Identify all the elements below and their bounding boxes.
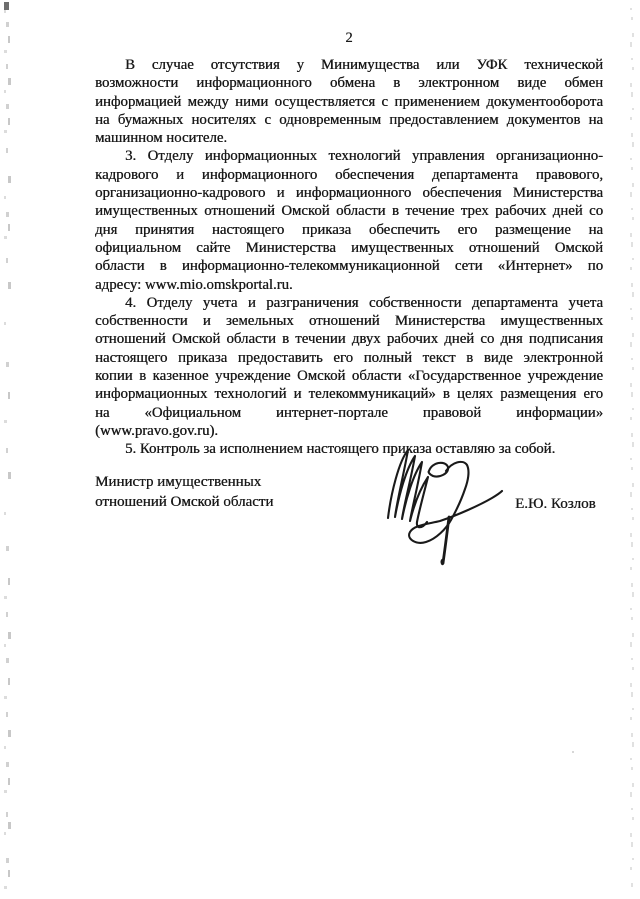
text-line: 5. Контроль за исполнением настоящего пр…	[95, 440, 603, 458]
scan-artifact-dash	[6, 546, 9, 551]
scan-artifact-dash	[630, 533, 632, 537]
scan-artifact-dash	[632, 217, 634, 220]
scan-artifact-dash	[6, 212, 9, 217]
text-line: дня принятия настоящего приказа обеспечи…	[95, 221, 603, 239]
text-line: на «Официальном интернет-портале правово…	[95, 404, 603, 422]
handwritten-signature-icon	[368, 446, 510, 576]
scan-artifact-dash	[631, 883, 633, 887]
text-line: на бумажных носителях с одновременным пр…	[95, 111, 603, 129]
scanned-document-page: 2 В случае отсутствия у Минимущества или…	[0, 0, 640, 899]
scan-artifact-dash	[4, 50, 7, 53]
scan-artifact-dash	[8, 578, 10, 585]
scan-artifact-dash	[6, 64, 8, 69]
scan-artifact-dash	[630, 383, 632, 387]
scan-artifact-dash	[6, 258, 8, 263]
scan-artifact-dash	[632, 667, 634, 670]
scan-artifact-dash	[631, 58, 633, 60]
scan-artifact-dash	[631, 208, 633, 210]
scan-artifact-dash	[8, 730, 11, 737]
scan-artifact-dash	[631, 392, 633, 397]
paragraph: 3. Отделу информационных технологий упра…	[95, 147, 603, 293]
scan-artifact-dash	[630, 717, 632, 720]
paragraph: 4. Отделу учета и разграничения собствен…	[95, 294, 603, 440]
scan-artifact-dash	[631, 467, 633, 470]
scan-artifact-dash	[632, 333, 634, 337]
scan-artifact-dash	[631, 133, 633, 137]
scan-artifact-dash	[631, 242, 633, 247]
scan-artifact-dash	[631, 433, 633, 437]
scan-artifact-dash	[4, 2, 9, 10]
scan-artifact-dash	[631, 617, 633, 620]
scan-artifact-dash	[8, 678, 10, 685]
scan-artifact-dash	[4, 596, 7, 599]
scan-artifact-dash	[632, 67, 634, 70]
signatory-name: Е.Ю. Козлов	[515, 496, 596, 513]
scan-artifact-dash	[631, 583, 633, 587]
scan-artifact-dash	[630, 458, 632, 460]
scan-artifact-dash	[631, 358, 633, 360]
scan-artifact-dash	[632, 817, 634, 820]
scan-artifact-dash	[4, 196, 6, 199]
signatory-title-line2: отношений Омской области	[95, 493, 273, 513]
scan-artifact-dash	[631, 17, 633, 20]
scan-artifact-dash	[8, 224, 10, 231]
scan-artifact-dash	[632, 258, 634, 260]
scan-artifact-dash	[632, 442, 634, 447]
document-body: В случае отсутствия у Минимущества или У…	[95, 56, 603, 459]
scan-artifact-dash	[6, 148, 8, 153]
text-line: возможности информационного обмена в эле…	[95, 74, 603, 92]
scan-artifact-dash	[631, 733, 633, 737]
scan-artifact-dash	[631, 92, 633, 97]
scan-artifact-dash	[630, 42, 632, 47]
scan-artifact-dash	[8, 78, 11, 85]
scan-artifact-dash	[631, 767, 633, 770]
scan-artifact-dash	[630, 608, 632, 610]
text-line: информационных технологий и телекоммуник…	[95, 385, 603, 403]
scan-artifact-dash	[6, 858, 9, 863]
scan-artifact-dash	[632, 558, 634, 560]
scan-artifact-dash	[630, 642, 632, 647]
page-number: 2	[95, 30, 603, 47]
scan-artifact-dash	[632, 708, 634, 710]
scan-artifact-dash	[4, 886, 7, 889]
scan-artifact-dash	[630, 758, 632, 760]
signatory-title: Министр имущественных отношений Омской о…	[95, 473, 273, 512]
scan-artifact-dash	[632, 858, 634, 860]
scan-artifact-dash	[6, 812, 8, 817]
text-line: машинном носителе.	[95, 129, 603, 147]
scan-artifact-dash	[632, 292, 634, 297]
text-line: В случае отсутствия у Минимущества или У…	[95, 56, 603, 74]
scan-artifact-dash	[630, 308, 632, 310]
scan-artifact-dash	[8, 632, 11, 639]
scan-artifact-dash	[4, 512, 6, 515]
scan-artifact-dash	[632, 742, 634, 747]
scan-artifact-dash	[8, 118, 10, 125]
scan-artifact-dash	[632, 108, 634, 110]
scan-artifact-dash	[4, 10, 6, 13]
scan-artifact-dash	[630, 492, 632, 497]
scan-artifact-dash	[630, 792, 632, 797]
scan-artifact-dash	[630, 8, 632, 10]
scan-artifact-dash	[8, 822, 11, 829]
scan-artifact-dash	[6, 712, 8, 717]
scan-artifact-dash	[4, 236, 7, 239]
scan-artifact-dash	[6, 762, 9, 767]
scan-artifact-dash	[630, 267, 632, 270]
scan-artifact-dash	[630, 342, 632, 347]
scan-artifact-dash	[6, 612, 8, 617]
text-line: настоящего приказа предоставить его полн…	[95, 349, 603, 367]
scan-artifact-dash	[630, 867, 632, 870]
text-line: 3. Отделу информационных технологий упра…	[95, 147, 603, 165]
scan-artifact-dash	[630, 192, 632, 197]
scan-artifact-dash	[4, 420, 7, 423]
text-line: копии в казенное учреждение Омской облас…	[95, 367, 603, 385]
text-line: собственности и земельных отношений Мини…	[95, 312, 603, 330]
scan-artifact-dash	[632, 142, 634, 147]
scan-artifact-dash	[572, 751, 574, 753]
scan-artifact-dash	[4, 746, 6, 749]
scan-artifact-dash	[630, 233, 632, 237]
scan-artifact-dash	[632, 783, 634, 787]
scan-artifact-dash	[6, 22, 9, 27]
scan-artifact-dash	[632, 367, 634, 370]
text-line: 4. Отделу учета и разграничения собствен…	[95, 294, 603, 312]
scan-artifact-dash	[4, 790, 7, 793]
scan-artifact-dash	[8, 778, 10, 785]
scan-artifact-dash	[632, 183, 634, 187]
scan-artifact-dash	[8, 392, 10, 399]
scan-artifact-dash	[631, 658, 633, 660]
scan-artifact-dash	[630, 417, 632, 420]
scan-artifact-dash	[8, 176, 11, 183]
scan-artifact-dash	[6, 362, 9, 367]
scan-artifact-dash	[630, 158, 632, 160]
scan-artifact-dash	[631, 283, 633, 287]
text-line: (www.pravo.gov.ru).	[95, 422, 603, 440]
scan-artifact-dash	[6, 104, 9, 109]
scan-artifact-dash	[632, 33, 634, 37]
scan-artifact-dash	[8, 36, 10, 43]
scan-artifact-dash	[630, 117, 632, 120]
scan-artifact-dash	[631, 508, 633, 510]
text-line: организационно-кадрового и информационно…	[95, 184, 603, 202]
scan-artifact-dash	[6, 658, 9, 663]
text-line: области в информационно-телекоммуникацио…	[95, 257, 603, 275]
scan-artifact-dash	[4, 90, 6, 93]
text-line: кадрового и информационного обеспечения …	[95, 166, 603, 184]
scan-artifact-dash	[632, 633, 634, 637]
scan-artifact-dash	[8, 282, 11, 289]
scan-artifact-dash	[632, 592, 634, 597]
text-line: информацией между ними осуществляется с …	[95, 93, 603, 111]
scan-artifact-dash	[631, 167, 633, 170]
scan-artifact-dash	[4, 644, 6, 647]
scan-artifact-dash	[632, 517, 634, 520]
scan-artifact-dash	[6, 448, 8, 453]
scan-artifact-dash	[631, 692, 633, 697]
signatory-title-line1: Министр имущественных	[95, 473, 273, 493]
scan-artifact-dash	[630, 83, 632, 87]
scan-artifact-dash	[8, 472, 11, 479]
scan-artifact-dash	[4, 322, 6, 325]
paragraph: 5. Контроль за исполнением настоящего пр…	[95, 440, 603, 458]
scan-artifact-dash	[4, 130, 7, 133]
scan-artifact-dash	[4, 696, 7, 699]
text-line: имущественных отношений Омской области в…	[95, 202, 603, 220]
scan-artifact-dash	[631, 317, 633, 320]
scan-artifact-dash	[8, 870, 10, 877]
scan-artifact-dash	[631, 808, 633, 810]
scan-artifact-dash	[4, 832, 6, 835]
text-line: адресу: www.mio.omskportal.ru.	[95, 276, 603, 294]
scan-artifact-dash	[630, 833, 632, 837]
scan-artifact-dash	[630, 683, 632, 687]
text-line: официальном сайте Министерства имуществе…	[95, 239, 603, 257]
scan-artifact-dash	[632, 483, 634, 487]
scan-artifact-dash	[630, 567, 632, 570]
text-line: отношений Омской области в течении двух …	[95, 330, 603, 348]
scan-artifact-dash	[631, 842, 633, 847]
scan-artifact-dash	[632, 408, 634, 410]
paragraph: В случае отсутствия у Минимущества или У…	[95, 56, 603, 147]
scan-artifact-dash	[631, 542, 633, 547]
